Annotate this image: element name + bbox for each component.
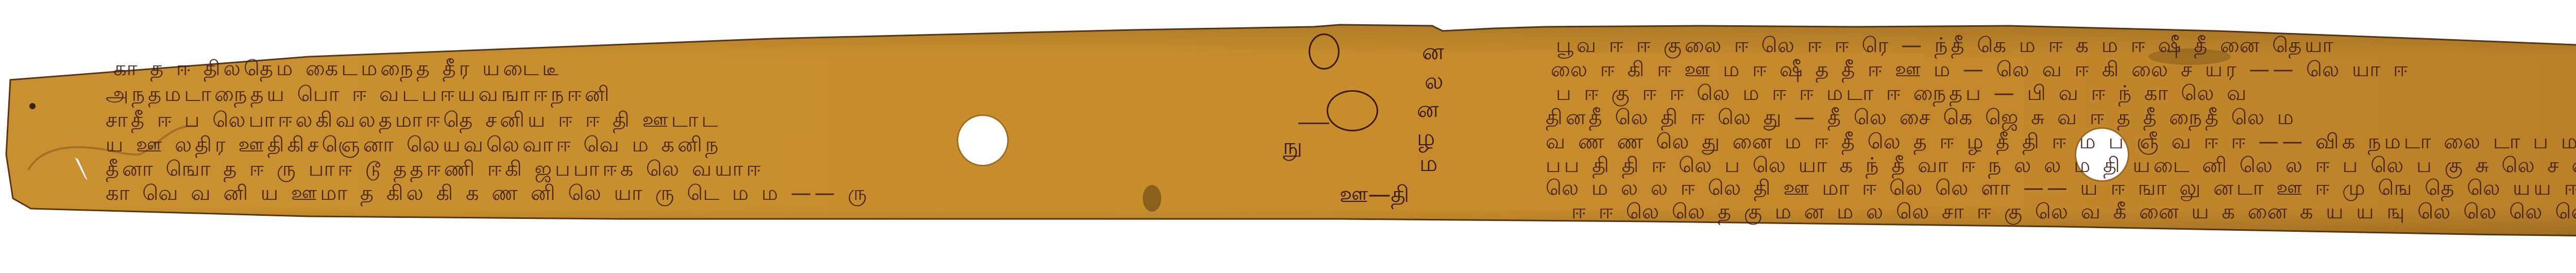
- margin-glyph-b-3: ன: [1417, 98, 1439, 122]
- right-text-line-2: லை ஈ கி ஈ ஊ ம ஈ ஷீ த தீ ஈ ஊ ம — லெ வ ஈ க…: [1551, 58, 2411, 81]
- margin-circle-1: [1309, 33, 1340, 70]
- margin-glyph-b-1: ன: [1422, 40, 1444, 64]
- right-text-line-3: ப ஈ கு ஈ ஈ லெ ம ஈ ஈ மடா ஈ நைதப — பி வ ஈ …: [1556, 81, 2249, 105]
- right-text-line-4: தினதீ லெ தி ஈ லெ து — தீ லெ சை கெ ஜெ சு …: [1546, 106, 2297, 129]
- left-text-line-6: கா வெ வ னி ய ஊமா த கில கி க ண னி லெ யா ர…: [106, 181, 870, 205]
- margin-rule: [1298, 123, 1329, 124]
- left-text-line-1: கா த ஈ திலதெம கைடமநைத தீர யடைடீ: [113, 57, 562, 80]
- binding-hole-left: [958, 116, 1007, 165]
- margin-glyph-a-3: நு: [1283, 135, 1302, 159]
- margin-glyph-b-2: ல: [1425, 70, 1444, 93]
- left-text-line-3: சாதீ ஈ ப லெபாஈலகிவலதமாஈதெ சனிய ஈ ஈ தி ஊட…: [106, 108, 721, 132]
- margin-glyph-a-4: ஊ—தி: [1340, 183, 1409, 207]
- left-text-line-2: அநதமடாநைதய பொ ஈ வடபஈயவஙாஈநஈனி: [106, 82, 613, 106]
- right-text-line-8: ஈ ஈ லெ லெ த கு ம ன ம ல லெ சா ஈ கு லெ வ க…: [1571, 200, 2576, 224]
- right-text-line-6: பப தி தி ஈ லெ ப லெ யா க ந் தீ வா ஈ ந ல ல…: [1546, 153, 2576, 177]
- margin-glyph-b-5: ம: [1419, 152, 1437, 176]
- left-text-line-5: தீனா ஙொ த ஈ ரு பாஈ டூ ததஈணி ஈகி ஜபபாஈக ல…: [106, 157, 764, 181]
- margin-circle-2: [1327, 90, 1378, 131]
- left-text-line-4: ய ஊ லதிர ஊதிகிசஞெனா லெயவலெவாஈ வெ ம கனிந: [106, 133, 721, 157]
- margin-glyph-b-4: ழ: [1417, 126, 1435, 150]
- right-text-line-1: பூவ ஈ ஈ குலை ஈ லெ ஈ ஈ ரெ — ந்தீ கெ ம ஈ க…: [1556, 33, 2336, 57]
- right-text-line-5: வ ண ண லெ து னை ம ஈ தீ லெ த ஈ ழ தீ தி ஈ ம…: [1546, 130, 2576, 153]
- right-text-line-7: லெ ம ல ல ஈ லெ தி ஊ மா ஈ லெ லெ ளா —— ய ஈ …: [1546, 176, 2576, 200]
- manuscript-viewer: கா த ஈ திலதெம கைடமநைத தீர யடைடீ அநதமடாநை…: [0, 0, 2576, 273]
